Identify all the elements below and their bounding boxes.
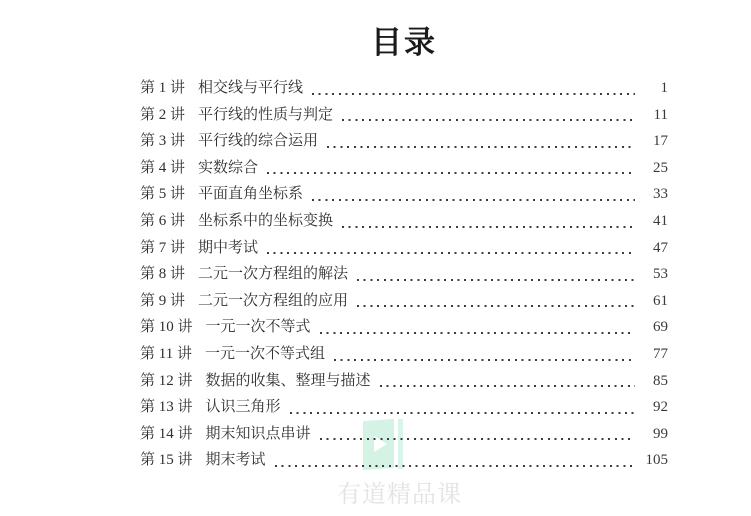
toc-entry-label: 第 6 讲 — [140, 208, 185, 235]
toc-document-page: 目录 有道精品课 第 1 讲 相交线与平行线 1 第 2 讲 平行线的性质与判定… — [0, 0, 751, 516]
toc-entry-label: 第 7 讲 — [140, 235, 185, 262]
toc-entry-title: 二元一次方程组的解法 — [198, 261, 348, 288]
toc-row: 第 14 讲 期末知识点串讲 99 — [140, 421, 668, 448]
toc-entry-title: 期中考试 — [198, 235, 258, 262]
dot-leader — [267, 252, 635, 254]
dot-leader — [357, 305, 635, 307]
toc-row: 第 7 讲 期中考试 47 — [140, 235, 668, 262]
toc-entry-page: 11 — [642, 102, 668, 129]
toc-entry-title: 一元一次不等式组 — [205, 341, 325, 368]
toc-row: 第 10 讲 一元一次不等式 69 — [140, 314, 668, 341]
toc-row: 第 11 讲 一元一次不等式组 77 — [140, 341, 668, 368]
toc-row: 第 12 讲 数据的收集、整理与描述 85 — [140, 368, 668, 395]
toc-row: 第 13 讲 认识三角形 92 — [140, 394, 668, 421]
toc-entry-title: 坐标系中的坐标变换 — [198, 208, 333, 235]
toc-list: 第 1 讲 相交线与平行线 1 第 2 讲 平行线的性质与判定 11 第 3 讲… — [140, 75, 668, 474]
toc-entry-label: 第 9 讲 — [140, 288, 185, 315]
toc-entry-page: 47 — [642, 235, 668, 262]
dot-leader — [380, 385, 635, 387]
dot-leader — [275, 465, 635, 467]
page-title: 目录 — [140, 26, 668, 60]
toc-entry-label: 第 12 讲 — [140, 368, 193, 395]
toc-entry-title: 平行线的综合运用 — [198, 128, 318, 155]
toc-entry-title: 期末考试 — [206, 447, 266, 474]
toc-entry-label: 第 5 讲 — [140, 181, 185, 208]
dot-leader — [342, 226, 635, 228]
dot-leader — [327, 146, 635, 148]
toc-entry-title: 平行线的性质与判定 — [198, 102, 333, 129]
toc-entry-label: 第 10 讲 — [140, 314, 193, 341]
dot-leader — [320, 438, 635, 440]
toc-entry-page: 53 — [642, 261, 668, 288]
toc-entry-label: 第 3 讲 — [140, 128, 185, 155]
dot-leader — [312, 93, 635, 95]
dot-leader — [342, 119, 635, 121]
toc-row: 第 9 讲 二元一次方程组的应用 61 — [140, 288, 668, 315]
toc-entry-label: 第 2 讲 — [140, 102, 185, 129]
toc-entry-page: 69 — [642, 314, 668, 341]
toc-entry-page: 77 — [642, 341, 668, 368]
toc-entry-label: 第 4 讲 — [140, 155, 185, 182]
dot-leader — [290, 412, 635, 414]
toc-entry-page: 17 — [642, 128, 668, 155]
toc-entry-page: 99 — [642, 421, 668, 448]
toc-entry-page: 85 — [642, 368, 668, 395]
toc-entry-title: 实数综合 — [198, 155, 258, 182]
toc-row: 第 3 讲 平行线的综合运用 17 — [140, 128, 668, 155]
toc-row: 第 1 讲 相交线与平行线 1 — [140, 75, 668, 102]
toc-entry-page: 41 — [642, 208, 668, 235]
dot-leader — [312, 199, 635, 201]
toc-row: 第 15 讲 期末考试 105 — [140, 447, 668, 474]
toc-entry-page: 61 — [642, 288, 668, 315]
toc-row: 第 4 讲 实数综合 25 — [140, 155, 668, 182]
toc-entry-label: 第 15 讲 — [140, 447, 193, 474]
toc-row: 第 5 讲 平面直角坐标系 33 — [140, 181, 668, 208]
dot-leader — [267, 172, 635, 174]
toc-entry-title: 认识三角形 — [206, 394, 281, 421]
toc-entry-title: 数据的收集、整理与描述 — [206, 368, 371, 395]
dot-leader — [334, 359, 635, 361]
dot-leader — [357, 279, 635, 281]
toc-entry-title: 一元一次不等式 — [206, 314, 311, 341]
toc-row: 第 6 讲 坐标系中的坐标变换 41 — [140, 208, 668, 235]
toc-entry-label: 第 14 讲 — [140, 421, 193, 448]
toc-row: 第 8 讲 二元一次方程组的解法 53 — [140, 261, 668, 288]
toc-row: 第 2 讲 平行线的性质与判定 11 — [140, 102, 668, 129]
toc-entry-title: 相交线与平行线 — [198, 75, 303, 102]
toc-entry-page: 92 — [642, 394, 668, 421]
toc-entry-label: 第 8 讲 — [140, 261, 185, 288]
toc-entry-page: 25 — [642, 155, 668, 182]
toc-entry-title: 期末知识点串讲 — [206, 421, 311, 448]
toc-entry-page: 105 — [642, 447, 668, 474]
toc-entry-label: 第 1 讲 — [140, 75, 185, 102]
dot-leader — [320, 332, 635, 334]
toc-entry-page: 1 — [642, 75, 668, 102]
watermark-text: 有道精品课 — [337, 482, 462, 508]
toc-entry-label: 第 13 讲 — [140, 394, 193, 421]
toc-entry-label: 第 11 讲 — [140, 341, 192, 368]
toc-entry-title: 二元一次方程组的应用 — [198, 288, 348, 315]
toc-entry-title: 平面直角坐标系 — [198, 181, 303, 208]
toc-entry-page: 33 — [642, 181, 668, 208]
